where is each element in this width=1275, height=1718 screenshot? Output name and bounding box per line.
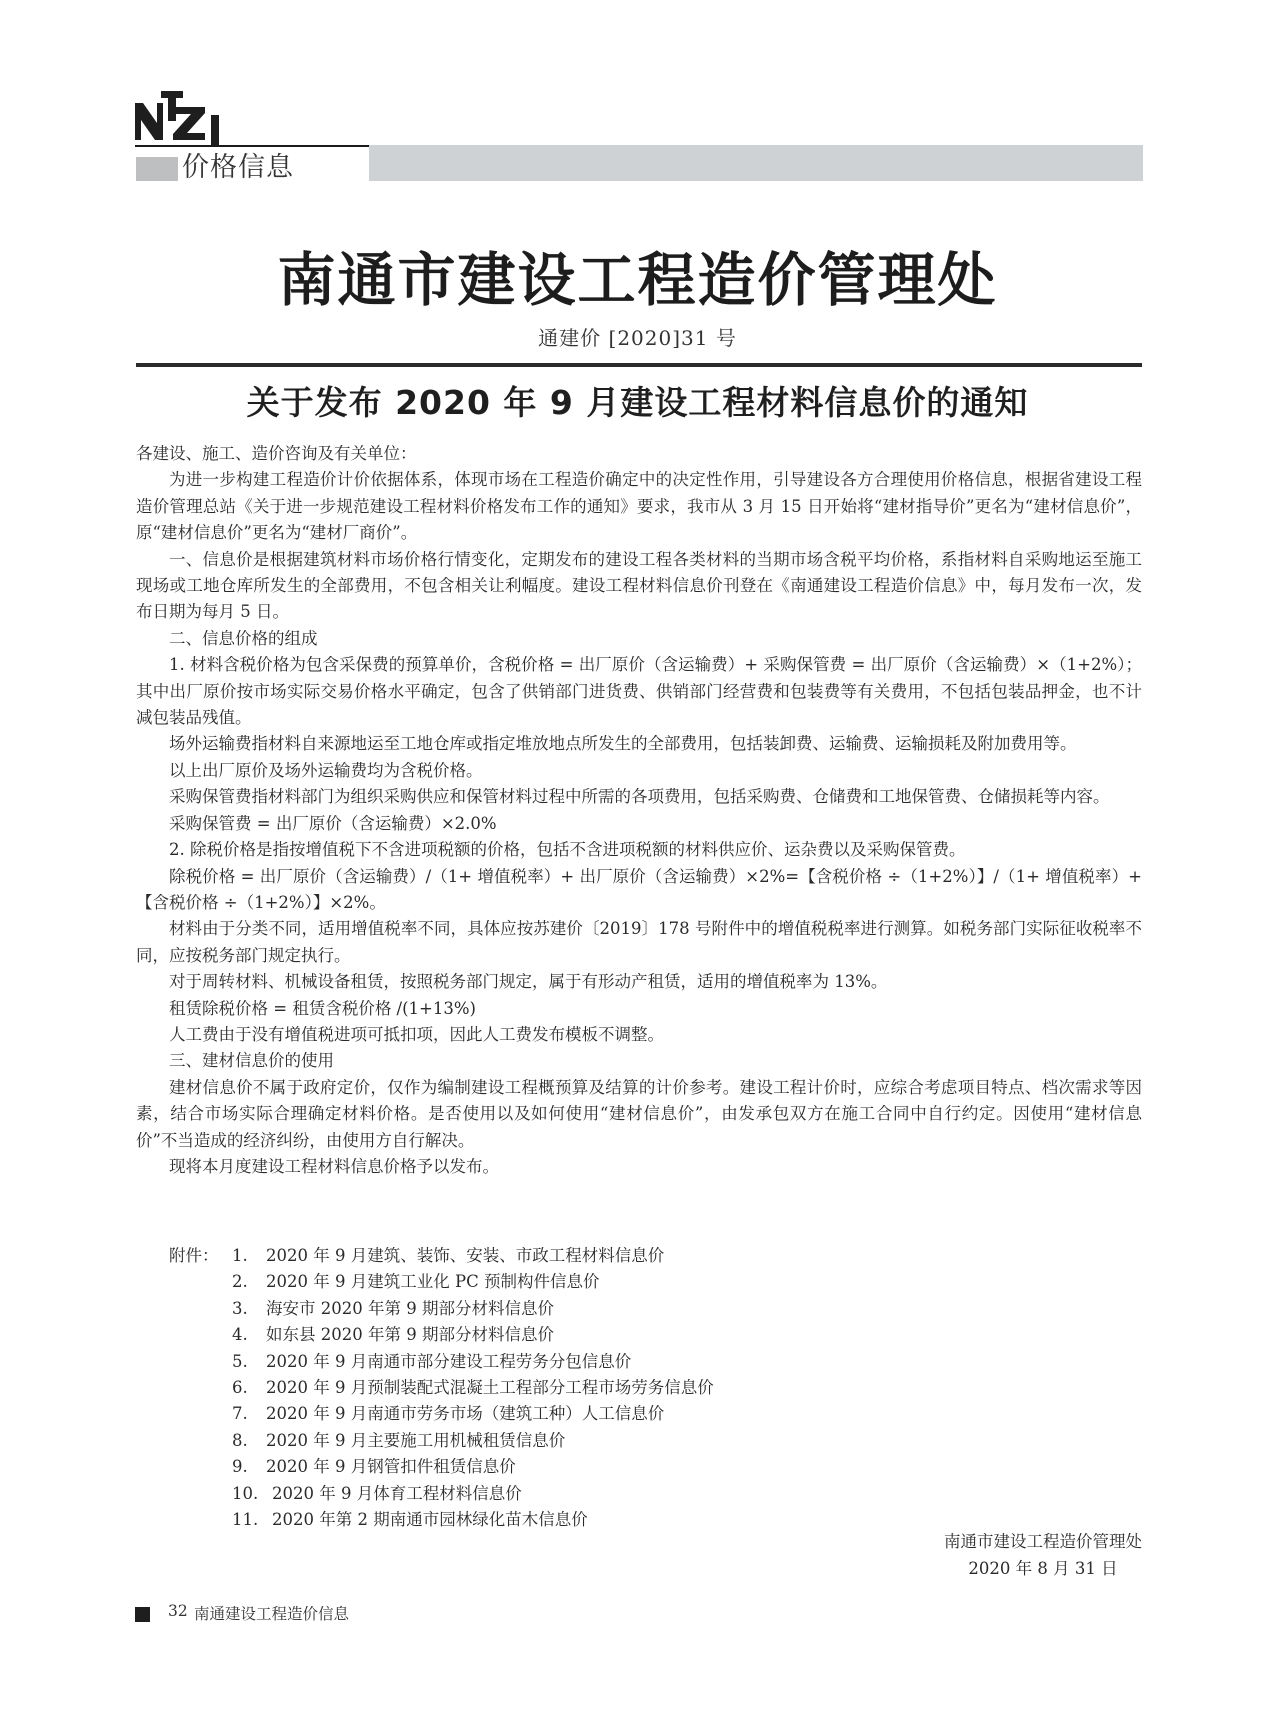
title-rule — [136, 363, 1142, 367]
paragraph: 为进一步构建工程造价计价依据体系，体现市场在工程造价确定中的决定性作用，引导建设… — [136, 467, 1142, 546]
attachment-item: 2. 2020 年 9 月建筑工业化 PC 预制构件信息价 — [136, 1269, 1036, 1295]
ntzj-logo-mark — [135, 85, 245, 147]
paragraph: 现将本月度建设工程材料信息价格予以发布。 — [136, 1154, 1142, 1180]
document-number: 通建价 [2020]31 号 — [0, 322, 1275, 351]
ntzj-logo — [135, 85, 245, 145]
signature-date: 2020 年 8 月 31 日 — [944, 1555, 1142, 1582]
attachment-item: 5. 2020 年 9 月南通市部分建设工程劳务分包信息价 — [136, 1349, 1036, 1375]
publication-name: 南通建设工程造价信息 — [194, 1602, 349, 1624]
signature-block: 南通市建设工程造价管理处 2020 年 8 月 31 日 — [944, 1528, 1142, 1582]
paragraph: 对于周转材料、机械设备租赁，按照税务部门规定，属于有形动产租赁，适用的增值税率为… — [136, 969, 1142, 995]
paragraph: 人工费由于没有增值税进项可抵扣项，因此人工费发布模板不调整。 — [136, 1022, 1142, 1048]
attachment-item: 8. 2020 年 9 月主要施工用机械租赁信息价 — [136, 1428, 1036, 1454]
section-marker-block — [136, 157, 178, 181]
attachment-item: 3. 海安市 2020 年第 9 期部分材料信息价 — [136, 1296, 1036, 1322]
attachment-item: 11. 2020 年第 2 期南通市园林绿化苗木信息价 — [136, 1507, 1036, 1533]
attachment-item: 9. 2020 年 9 月钢管扣件租赁信息价 — [136, 1454, 1036, 1480]
paragraph: 材料由于分类不同，适用增值税率不同，具体应按苏建价〔2019〕178 号附件中的… — [136, 916, 1142, 969]
attachment-item: 附件： 1. 2020 年 9 月建筑、装饰、安装、市政工程材料信息价 — [136, 1243, 1036, 1269]
paragraph: 1. 材料含税价格为包含采保费的预算单价，含税价格 = 出厂原价（含运输费）+ … — [136, 652, 1142, 731]
attachment-item: 6. 2020 年 9 月预制装配式混凝土工程部分工程市场劳务信息价 — [136, 1375, 1036, 1401]
notice-body: 各建设、施工、造价咨询及有关单位： 为进一步构建工程造价计价依据体系，体现市场在… — [136, 441, 1142, 1180]
section-heading: 三、建材信息价的使用 — [136, 1048, 1142, 1074]
section-label: 价格信息 — [182, 150, 294, 186]
issuer-title: 南通市建设工程造价管理处 — [0, 245, 1275, 315]
attachment-item: 7. 2020 年 9 月南通市劳务市场（建筑工种）人工信息价 — [136, 1401, 1036, 1427]
attachment-item: 10. 2020 年 9 月体育工程材料信息价 — [136, 1481, 1036, 1507]
page-number: 32 — [168, 1602, 188, 1620]
paragraph: 采购保管费指材料部门为组织采购供应和保管材料过程中所需的各项费用，包括采购费、仓… — [136, 784, 1142, 810]
paragraph: 2. 除税价格是指按增值税下不含进项税额的价格，包括不含进项税额的材料供应价、运… — [136, 837, 1142, 863]
section-heading: 二、信息价格的组成 — [136, 626, 1142, 652]
header-rule — [135, 145, 375, 147]
formula: 除税价格 = 出厂原价（含运输费）/（1+ 增值税率）+ 出厂原价（含运输费）×… — [136, 864, 1142, 917]
paragraph: 以上出厂原价及场外运输费均为含税价格。 — [136, 758, 1142, 784]
signature-org: 南通市建设工程造价管理处 — [944, 1528, 1142, 1555]
attachments-label: 附件： — [136, 1243, 232, 1269]
salutation: 各建设、施工、造价咨询及有关单位： — [136, 441, 1142, 467]
footer-marker-block — [135, 1607, 150, 1622]
paragraph: 一、信息价是根据建筑材料市场价格行情变化，定期发布的建设工程各类材料的当期市场含… — [136, 547, 1142, 626]
header-bar — [369, 145, 1143, 181]
notice-title: 关于发布 2020 年 9 月建设工程材料信息价的通知 — [0, 380, 1275, 426]
paragraph: 场外运输费指材料自来源地运至工地仓库或指定堆放地点所发生的全部费用，包括装卸费、… — [136, 731, 1142, 757]
formula: 采购保管费 = 出厂原价（含运输费）×2.0% — [136, 811, 1142, 837]
attachments-list: 附件： 1. 2020 年 9 月建筑、装饰、安装、市政工程材料信息价 2. 2… — [136, 1243, 1036, 1533]
formula: 租赁除税价格 = 租赁含税价格 /(1+13%) — [136, 996, 1142, 1022]
attachment-item: 4. 如东县 2020 年第 9 期部分材料信息价 — [136, 1322, 1036, 1348]
paragraph: 建材信息价不属于政府定价，仅作为编制建设工程概预算及结算的计价参考。建设工程计价… — [136, 1075, 1142, 1154]
